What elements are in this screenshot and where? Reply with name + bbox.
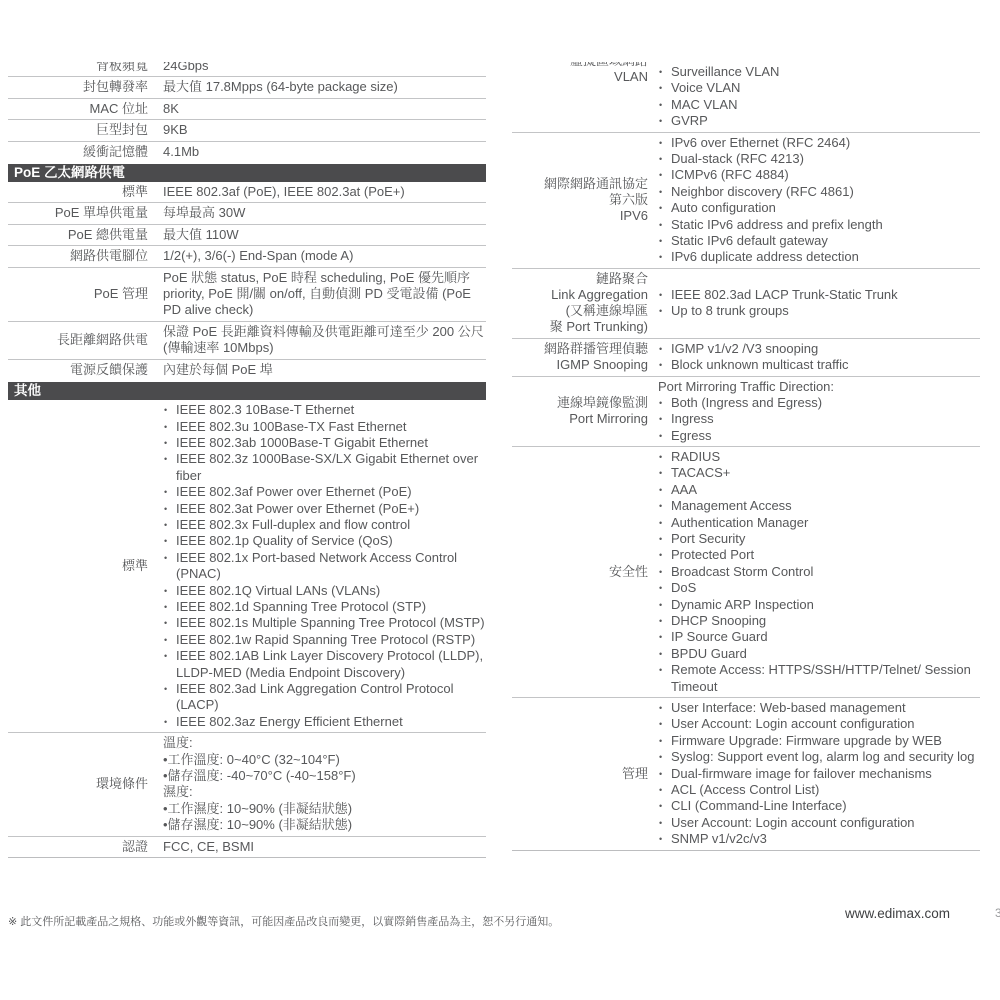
feature-bullet-item: TACACS+: [658, 465, 980, 481]
section-header: PoE 乙太網路供電: [8, 164, 486, 182]
feature-bullet-item: Egress: [658, 428, 980, 444]
spec-row: 標準IEEE 802.3 10Base-T EthernetIEEE 802.3…: [8, 400, 486, 732]
spec-label: 標準: [8, 556, 156, 576]
standards-bullet-item: IEEE 802.3ad Link Aggregation Control Pr…: [163, 681, 486, 714]
section-label: 安全性: [512, 564, 658, 580]
standards-bullet-item: IEEE 802.3u 100Base-TX Fast Ethernet: [163, 419, 486, 435]
section-label: 虛擬區域網路VLAN: [512, 62, 658, 85]
spec-label: 標準: [8, 182, 156, 202]
environment-line: 濕度:: [163, 784, 486, 800]
spec-section: 安全性RADIUSTACACS+AAAManagement AccessAuth…: [512, 446, 980, 697]
section-label-line: Link Aggregation: [512, 287, 648, 303]
page-number-clipped: 3: [995, 906, 1000, 920]
spec-value: 內建於每個 PoE 埠: [156, 360, 486, 380]
feature-bullet-list: IPv6 over Ethernet (RFC 2464)Dual-stack …: [658, 135, 980, 266]
spec-label: 背板頻寬: [8, 62, 156, 76]
section-label-line: 網路群播管理偵聽: [512, 341, 648, 357]
feature-bullet-item: Ingress: [658, 411, 980, 427]
standards-bullet-item: IEEE 802.1w Rapid Spanning Tree Protocol…: [163, 632, 486, 648]
feature-bullet-item: BPDU Guard: [658, 646, 980, 662]
standards-bullet-item: IEEE 802.3af Power over Ethernet (PoE): [163, 484, 486, 500]
feature-bullet-item: IPv6 over Ethernet (RFC 2464): [658, 135, 980, 151]
feature-bullet-item: DHCP Snooping: [658, 613, 980, 629]
environment-line: •儲存溫度: -40~70°C (-40~158°F): [163, 768, 486, 784]
feature-bullet-item: Dual-firmware image for failover mechani…: [658, 766, 980, 782]
feature-bullet-item: ICMPv6 (RFC 4884): [658, 167, 980, 183]
standards-bullet-item: IEEE 802.1AB Link Layer Discovery Protoc…: [163, 648, 486, 681]
feature-bullet-item: GVRP: [658, 113, 980, 129]
spec-row: MAC 位址8K: [8, 98, 486, 119]
spec-row: 背板頻寬24Gbps: [8, 62, 486, 76]
section-label-line: 聚 Port Trunking): [512, 319, 648, 335]
feature-bullet-item: Authentication Manager: [658, 515, 980, 531]
feature-bullet-item: IPv6 duplicate address detection: [658, 249, 980, 265]
section-intro: Port Mirroring Traffic Direction:: [658, 379, 980, 395]
feature-bullet-item: ACL (Access Control List): [658, 782, 980, 798]
feature-bullet-item: Surveillance VLAN: [658, 64, 980, 80]
feature-bullet-item: Auto configuration: [658, 200, 980, 216]
spec-value: 溫度:•工作溫度: 0~40°C (32~104°F)•儲存溫度: -40~70…: [156, 733, 486, 835]
feature-bullet-list: RADIUSTACACS+AAAManagement AccessAuthent…: [658, 449, 980, 695]
feature-bullet-item: DoS: [658, 580, 980, 596]
standards-bullet-item: IEEE 802.3at Power over Ethernet (PoE+): [163, 501, 486, 517]
feature-bullet-item: AAA: [658, 482, 980, 498]
section-label-line: IGMP Snooping: [512, 357, 648, 373]
standards-bullet-item: IEEE 802.3az Energy Efficient Ethernet: [163, 714, 486, 730]
spec-value: 1/2(+), 3/6(-) End-Span (mode A): [156, 246, 486, 266]
section-label-line: 虛擬區域網路: [512, 62, 648, 69]
edimax-website-link[interactable]: www.edimax.com: [845, 906, 950, 921]
feature-bullet-item: Voice VLAN: [658, 80, 980, 96]
feature-bullet-list: IEEE 802.3ad LACP Trunk-Static TrunkUp t…: [658, 287, 980, 320]
spec-section: 鏈路聚合Link Aggregation(又稱連線埠匯聚 Port Trunki…: [512, 268, 980, 338]
feature-bullet-item: MAC VLAN: [658, 97, 980, 113]
feature-bullet-item: User Interface: Web-based management: [658, 700, 980, 716]
standards-bullet-item: IEEE 802.1d Spanning Tree Protocol (STP): [163, 599, 486, 615]
feature-bullet-item: Both (Ingress and Egress): [658, 395, 980, 411]
spec-value: PoE 狀態 status, PoE 時程 scheduling, PoE 優先…: [156, 268, 486, 321]
spec-label: 長距離網路供電: [8, 330, 156, 350]
section-label-line: 安全性: [512, 564, 648, 580]
section-label-line: 第六版: [512, 192, 648, 208]
environment-lines: 溫度:•工作溫度: 0~40°C (32~104°F)•儲存溫度: -40~70…: [163, 735, 486, 833]
environment-line: •工作濕度: 10~90% (非凝結狀態): [163, 801, 486, 817]
spec-row: PoE 管理PoE 狀態 status, PoE 時程 scheduling, …: [8, 267, 486, 321]
standards-bullet-item: IEEE 802.3x Full-duplex and flow control: [163, 517, 486, 533]
feature-bullet-item: Dual-stack (RFC 4213): [658, 151, 980, 167]
spec-row: 封包轉發率最大值 17.8Mpps (64-byte package size): [8, 76, 486, 97]
spec-row: PoE 單埠供電量每埠最高 30W: [8, 202, 486, 223]
feature-bullet-item: SNMP v1/v2c/v3: [658, 831, 980, 847]
spec-value: FCC, CE, BSMI: [156, 837, 486, 857]
standards-bullet-item: IEEE 802.1Q Virtual LANs (VLANs): [163, 583, 486, 599]
spec-section: 虛擬區域網路VLANSurveillance VLANVoice VLANMAC…: [512, 62, 980, 132]
section-label: 網際網路通訊協定第六版IPV6: [512, 176, 658, 225]
spec-value: 保證 PoE 長距離資料傳輸及供電距離可達至少 200 公尺 (傳輸速率 10M…: [156, 322, 486, 359]
spec-row: 標準IEEE 802.3af (PoE), IEEE 802.3at (PoE+…: [8, 182, 486, 202]
section-label-line: 連線埠鏡像監測: [512, 395, 648, 411]
section-label-line: VLAN: [512, 69, 648, 85]
feature-bullet-item: IEEE 802.3ad LACP Trunk-Static Trunk: [658, 287, 980, 303]
section-header: 其他: [8, 382, 486, 400]
spec-label: PoE 總供電量: [8, 225, 156, 245]
feature-bullet-item: Neighbor discovery (RFC 4861): [658, 184, 980, 200]
spec-row: 認證FCC, CE, BSMI: [8, 836, 486, 857]
spec-row: 長距離網路供電保證 PoE 長距離資料傳輸及供電距離可達至少 200 公尺 (傳…: [8, 321, 486, 359]
section-label-line: 管理: [512, 766, 648, 782]
spec-section: 網路群播管理偵聽IGMP SnoopingIGMP v1/v2 /V3 snoo…: [512, 338, 980, 376]
spec-value: 4.1Mb: [156, 142, 486, 162]
standards-bullet-item: IEEE 802.3 10Base-T Ethernet: [163, 402, 486, 418]
feature-bullet-list: User Interface: Web-based managementUser…: [658, 700, 980, 848]
feature-bullet-list: IGMP v1/v2 /V3 snoopingBlock unknown mul…: [658, 341, 980, 374]
section-label-line: 網際網路通訊協定: [512, 176, 648, 192]
feature-bullet-item: CLI (Command-Line Interface): [658, 798, 980, 814]
spec-label: 封包轉發率: [8, 77, 156, 97]
feature-bullet-item: User Account: Login account configuratio…: [658, 815, 980, 831]
section-label-line: IPV6: [512, 208, 648, 224]
section-value: RADIUSTACACS+AAAManagement AccessAuthent…: [658, 449, 980, 695]
spec-value: 最大值 110W: [156, 225, 486, 245]
feature-bullet-item: Firmware Upgrade: Firmware upgrade by WE…: [658, 733, 980, 749]
section-value: Port Mirroring Traffic Direction:Both (I…: [658, 379, 980, 444]
feature-bullet-item: User Account: Login account configuratio…: [658, 716, 980, 732]
feature-bullet-item: Up to 8 trunk groups: [658, 303, 980, 319]
spec-label: PoE 單埠供電量: [8, 203, 156, 223]
spec-label: MAC 位址: [8, 99, 156, 119]
spec-label: 電源反饋保護: [8, 360, 156, 380]
spec-row: 緩衝記憶體4.1Mb: [8, 141, 486, 162]
spec-label: 認證: [8, 837, 156, 857]
spec-section: 管理User Interface: Web-based managementUs…: [512, 697, 980, 850]
feature-bullet-item: Static IPv6 default gateway: [658, 233, 980, 249]
spec-label: 網路供電腳位: [8, 246, 156, 266]
environment-line: •儲存濕度: 10~90% (非凝結狀態): [163, 817, 486, 833]
section-value: IEEE 802.3ad LACP Trunk-Static TrunkUp t…: [658, 287, 980, 320]
environment-line: 溫度:: [163, 735, 486, 751]
section-label: 連線埠鏡像監測Port Mirroring: [512, 395, 658, 427]
spec-row: 環境條件溫度:•工作溫度: 0~40°C (32~104°F)•儲存溫度: -4…: [8, 732, 486, 835]
feature-bullet-item: Static IPv6 address and prefix length: [658, 217, 980, 233]
spec-section: 網際網路通訊協定第六版IPV6IPv6 over Ethernet (RFC 2…: [512, 132, 980, 268]
standards-bullet-item: IEEE 802.1s Multiple Spanning Tree Proto…: [163, 615, 486, 631]
spec-value: IEEE 802.3af (PoE), IEEE 802.3at (PoE+): [156, 182, 486, 202]
spec-sheet-page: 背板頻寬24Gbps封包轉發率最大值 17.8Mpps (64-byte pac…: [0, 0, 1000, 1000]
standards-bullet-item: IEEE 802.3ab 1000Base-T Gigabit Ethernet: [163, 435, 486, 451]
section-label-line: Port Mirroring: [512, 411, 648, 427]
standards-bullet-item: IEEE 802.3z 1000Base-SX/LX Gigabit Ether…: [163, 451, 486, 484]
feature-bullet-item: Dynamic ARP Inspection: [658, 597, 980, 613]
feature-bullet-item: Protected Port: [658, 547, 980, 563]
feature-bullet-list: Surveillance VLANVoice VLANMAC VLANGVRP: [658, 64, 980, 130]
spec-label: 巨型封包: [8, 120, 156, 140]
section-value: User Interface: Web-based managementUser…: [658, 700, 980, 848]
footer-disclaimer: ※ 此文件所記載產品之規格、功能或外觀等資訊，可能因產品改良而變更，以實際銷售產…: [8, 913, 559, 929]
feature-bullet-list: Both (Ingress and Egress)IngressEgress: [658, 395, 980, 444]
feature-bullet-item: IGMP v1/v2 /V3 snooping: [658, 341, 980, 357]
section-label-line: 鏈路聚合: [512, 271, 648, 287]
spec-label: PoE 管理: [8, 284, 156, 304]
feature-bullet-item: Remote Access: HTTPS/SSH/HTTP/Telnet/ Se…: [658, 662, 980, 695]
spec-value: 24Gbps: [156, 62, 486, 76]
section-label: 鏈路聚合Link Aggregation(又稱連線埠匯聚 Port Trunki…: [512, 271, 658, 336]
section-label: 網路群播管理偵聽IGMP Snooping: [512, 341, 658, 373]
section-value: IPv6 over Ethernet (RFC 2464)Dual-stack …: [658, 135, 980, 266]
feature-bullet-item: Port Security: [658, 531, 980, 547]
right-column: 虛擬區域網路VLANSurveillance VLANVoice VLANMAC…: [512, 62, 980, 851]
feature-bullet-item: Broadcast Storm Control: [658, 564, 980, 580]
spec-row: PoE 總供電量最大值 110W: [8, 224, 486, 245]
feature-bullet-item: Management Access: [658, 498, 980, 514]
standards-bullet-list: IEEE 802.3 10Base-T EthernetIEEE 802.3u …: [163, 402, 486, 730]
spec-row: 電源反饋保護內建於每個 PoE 埠: [8, 359, 486, 380]
feature-bullet-item: Block unknown multicast traffic: [658, 357, 980, 373]
section-label-line: (又稱連線埠匯: [512, 303, 648, 319]
section-value: Surveillance VLANVoice VLANMAC VLANGVRP: [658, 64, 980, 130]
section-value: IGMP v1/v2 /V3 snoopingBlock unknown mul…: [658, 341, 980, 374]
spec-value: 最大值 17.8Mpps (64-byte package size): [156, 77, 486, 97]
spec-row: 巨型封包9KB: [8, 119, 486, 140]
spec-value: 9KB: [156, 120, 486, 140]
standards-bullet-item: IEEE 802.1p Quality of Service (QoS): [163, 533, 486, 549]
feature-bullet-item: Syslog: Support event log, alarm log and…: [658, 749, 980, 765]
feature-bullet-item: IP Source Guard: [658, 629, 980, 645]
feature-bullet-item: RADIUS: [658, 449, 980, 465]
spec-row: 網路供電腳位1/2(+), 3/6(-) End-Span (mode A): [8, 245, 486, 266]
standards-bullet-item: IEEE 802.1x Port-based Network Access Co…: [163, 550, 486, 583]
spec-label: 緩衝記憶體: [8, 142, 156, 162]
spec-value: 8K: [156, 99, 486, 119]
left-column: 背板頻寬24Gbps封包轉發率最大值 17.8Mpps (64-byte pac…: [8, 62, 486, 858]
spec-value: IEEE 802.3 10Base-T EthernetIEEE 802.3u …: [156, 400, 486, 732]
spec-label: 環境條件: [8, 774, 156, 794]
section-label: 管理: [512, 766, 658, 782]
spec-value: 每埠最高 30W: [156, 203, 486, 223]
environment-line: •工作溫度: 0~40°C (32~104°F): [163, 752, 486, 768]
spec-section: 連線埠鏡像監測Port MirroringPort Mirroring Traf…: [512, 376, 980, 446]
